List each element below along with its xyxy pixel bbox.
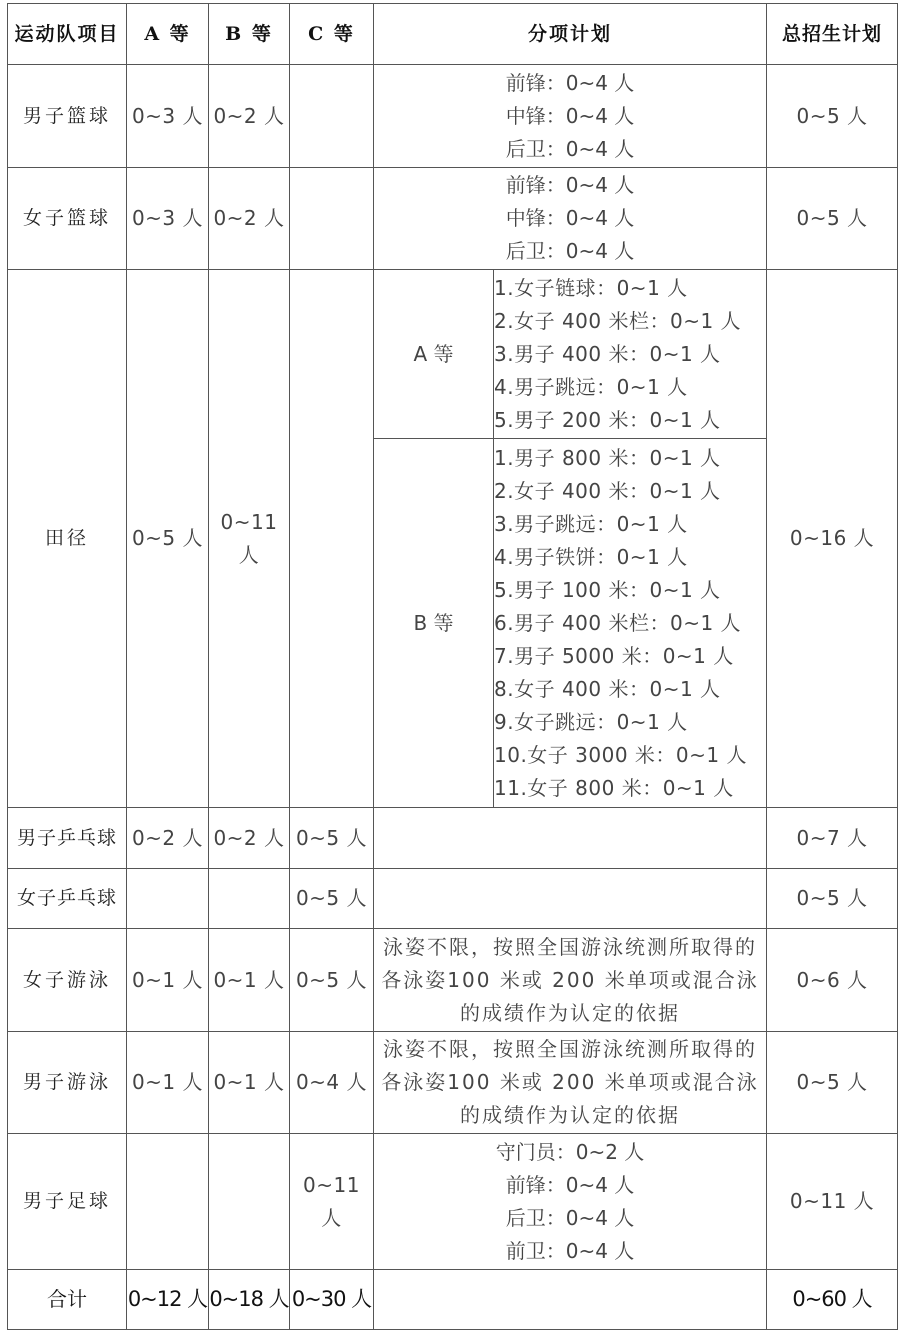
sport-name: 女子篮球: [8, 168, 127, 270]
table-row: 女子乒乓球 0~5 人 0~5 人: [8, 869, 898, 929]
breakdown-line: 前锋：0~4 人: [374, 1169, 766, 1202]
event-item: 1.男子 800 米：0~1 人: [494, 442, 766, 475]
breakdown-line: 前锋：0~4 人: [374, 169, 766, 202]
header-grade-b: B 等: [209, 4, 290, 65]
grade-a-count: 0~3 人: [127, 168, 209, 270]
sport-name: 田径: [8, 270, 127, 808]
event-item: 2.女子 400 米：0~1 人: [494, 475, 766, 508]
breakdown-line: 前卫：0~4 人: [374, 1235, 766, 1268]
sport-name: 男子篮球: [8, 65, 127, 168]
event-item: 8.女子 400 米：0~1 人: [494, 673, 766, 706]
subgroup-grade-label: B 等: [374, 439, 494, 808]
table-row: 女子游泳 0~1 人 0~1 人 0~5 人 泳姿不限，按照全国游泳统测所取得的…: [8, 929, 898, 1032]
grade-b-count: 0~11 人: [209, 270, 290, 808]
grade-c-count: [290, 65, 374, 168]
event-item: 3.男子跳远：0~1 人: [494, 508, 766, 541]
summary-grade-c: 0~30 人: [290, 1270, 374, 1330]
breakdown-line: 中锋：0~4 人: [374, 202, 766, 235]
table-row: 女子篮球 0~3 人 0~2 人 前锋：0~4 人 中锋：0~4 人 后卫：0~…: [8, 168, 898, 270]
breakdown-line: 后卫：0~4 人: [374, 1202, 766, 1235]
table-row: 男子乒乓球 0~2 人 0~2 人 0~5 人 0~7 人: [8, 808, 898, 869]
grade-c-count: 0~5 人: [290, 808, 374, 869]
total-count: 0~16 人: [767, 270, 898, 808]
event-item: 3.男子 400 米：0~1 人: [494, 338, 766, 371]
breakdown-cell: 前锋：0~4 人 中锋：0~4 人 后卫：0~4 人: [374, 168, 767, 270]
grade-c-count: 0~4 人: [290, 1032, 374, 1134]
header-breakdown: 分项计划: [374, 4, 767, 65]
subgroup-items: 1.女子链球：0~1 人 2.女子 400 米栏：0~1 人 3.男子 400 …: [494, 270, 767, 439]
grade-c-count: [290, 168, 374, 270]
subgroup-items: 1.男子 800 米：0~1 人 2.女子 400 米：0~1 人 3.男子跳远…: [494, 439, 767, 808]
grade-b-count: 0~2 人: [209, 168, 290, 270]
event-item: 10.女子 3000 米：0~1 人: [494, 739, 766, 772]
event-item: 1.女子链球：0~1 人: [494, 272, 766, 305]
breakdown-line: 守门员：0~2 人: [374, 1136, 766, 1169]
table-row: 男子足球 0~11 人 守门员：0~2 人 前锋：0~4 人 后卫：0~4 人 …: [8, 1134, 898, 1270]
grade-c-count: 0~5 人: [290, 869, 374, 929]
header-total: 总招生计划: [767, 4, 898, 65]
grade-c-count: 0~5 人: [290, 929, 374, 1032]
table-row: 田径 0~5 人 0~11 人 A 等 1.女子链球：0~1 人 2.女子 40…: [8, 270, 898, 439]
summary-row: 合计 0~12 人 0~18 人 0~30 人 0~60 人: [8, 1270, 898, 1330]
grade-b-count: 0~2 人: [209, 808, 290, 869]
grade-c-count: [290, 270, 374, 808]
summary-breakdown: [374, 1270, 767, 1330]
header-grade-a: A 等: [127, 4, 209, 65]
grade-b-count: 0~2 人: [209, 65, 290, 168]
breakdown-line: 前锋：0~4 人: [374, 67, 766, 100]
event-item: 4.男子跳远：0~1 人: [494, 371, 766, 404]
grade-b-count: 0~1 人: [209, 929, 290, 1032]
summary-total: 0~60 人: [767, 1270, 898, 1330]
enrollment-plan-table: 运动队项目 A 等 B 等 C 等 分项计划 总招生计划 男子篮球 0~3 人 …: [7, 3, 898, 1330]
grade-a-count: 0~1 人: [127, 1032, 209, 1134]
summary-label: 合计: [8, 1270, 127, 1330]
event-item: 11.女子 800 米：0~1 人: [494, 772, 766, 805]
total-count: 0~5 人: [767, 168, 898, 270]
grade-a-count: 0~5 人: [127, 270, 209, 808]
breakdown-cell: 守门员：0~2 人 前锋：0~4 人 后卫：0~4 人 前卫：0~4 人: [374, 1134, 767, 1270]
sport-name: 女子游泳: [8, 929, 127, 1032]
breakdown-line: 中锋：0~4 人: [374, 100, 766, 133]
total-count: 0~11 人: [767, 1134, 898, 1270]
breakdown-note: 泳姿不限，按照全国游泳统测所取得的各泳姿100 米或 200 米单项或混合泳的成…: [374, 1032, 767, 1134]
total-count: 0~5 人: [767, 1032, 898, 1134]
total-count: 0~5 人: [767, 869, 898, 929]
grade-a-count: 0~3 人: [127, 65, 209, 168]
breakdown-cell: 前锋：0~4 人 中锋：0~4 人 后卫：0~4 人: [374, 65, 767, 168]
sport-name: 男子游泳: [8, 1032, 127, 1134]
subgroup-grade-label: A 等: [374, 270, 494, 439]
grade-b-count: [209, 869, 290, 929]
sport-name: 女子乒乓球: [8, 869, 127, 929]
table-row: 男子篮球 0~3 人 0~2 人 前锋：0~4 人 中锋：0~4 人 后卫：0~…: [8, 65, 898, 168]
total-count: 0~5 人: [767, 65, 898, 168]
grade-a-count: [127, 1134, 209, 1270]
grade-a-count: 0~2 人: [127, 808, 209, 869]
total-count: 0~6 人: [767, 929, 898, 1032]
event-item: 2.女子 400 米栏：0~1 人: [494, 305, 766, 338]
event-item: 5.男子 200 米：0~1 人: [494, 404, 766, 437]
sport-name: 男子乒乓球: [8, 808, 127, 869]
grade-a-count: [127, 869, 209, 929]
sport-name: 男子足球: [8, 1134, 127, 1270]
table-row: 男子游泳 0~1 人 0~1 人 0~4 人 泳姿不限，按照全国游泳统测所取得的…: [8, 1032, 898, 1134]
summary-grade-b: 0~18 人: [209, 1270, 290, 1330]
event-item: 7.男子 5000 米：0~1 人: [494, 640, 766, 673]
breakdown-cell: [374, 869, 767, 929]
header-grade-c: C 等: [290, 4, 374, 65]
total-count: 0~7 人: [767, 808, 898, 869]
grade-b-count: 0~1 人: [209, 1032, 290, 1134]
event-item: 6.男子 400 米栏：0~1 人: [494, 607, 766, 640]
event-item: 4.男子铁饼：0~1 人: [494, 541, 766, 574]
event-item: 9.女子跳远：0~1 人: [494, 706, 766, 739]
grade-c-count: 0~11 人: [290, 1134, 374, 1270]
grade-b-count: [209, 1134, 290, 1270]
breakdown-line: 后卫：0~4 人: [374, 235, 766, 268]
summary-grade-a: 0~12 人: [127, 1270, 209, 1330]
grade-a-count: 0~1 人: [127, 929, 209, 1032]
breakdown-cell: [374, 808, 767, 869]
breakdown-line: 后卫：0~4 人: [374, 133, 766, 166]
breakdown-note: 泳姿不限，按照全国游泳统测所取得的各泳姿100 米或 200 米单项或混合泳的成…: [374, 929, 767, 1032]
header-row: 运动队项目 A 等 B 等 C 等 分项计划 总招生计划: [8, 4, 898, 65]
header-sport: 运动队项目: [8, 4, 127, 65]
event-item: 5.男子 100 米：0~1 人: [494, 574, 766, 607]
